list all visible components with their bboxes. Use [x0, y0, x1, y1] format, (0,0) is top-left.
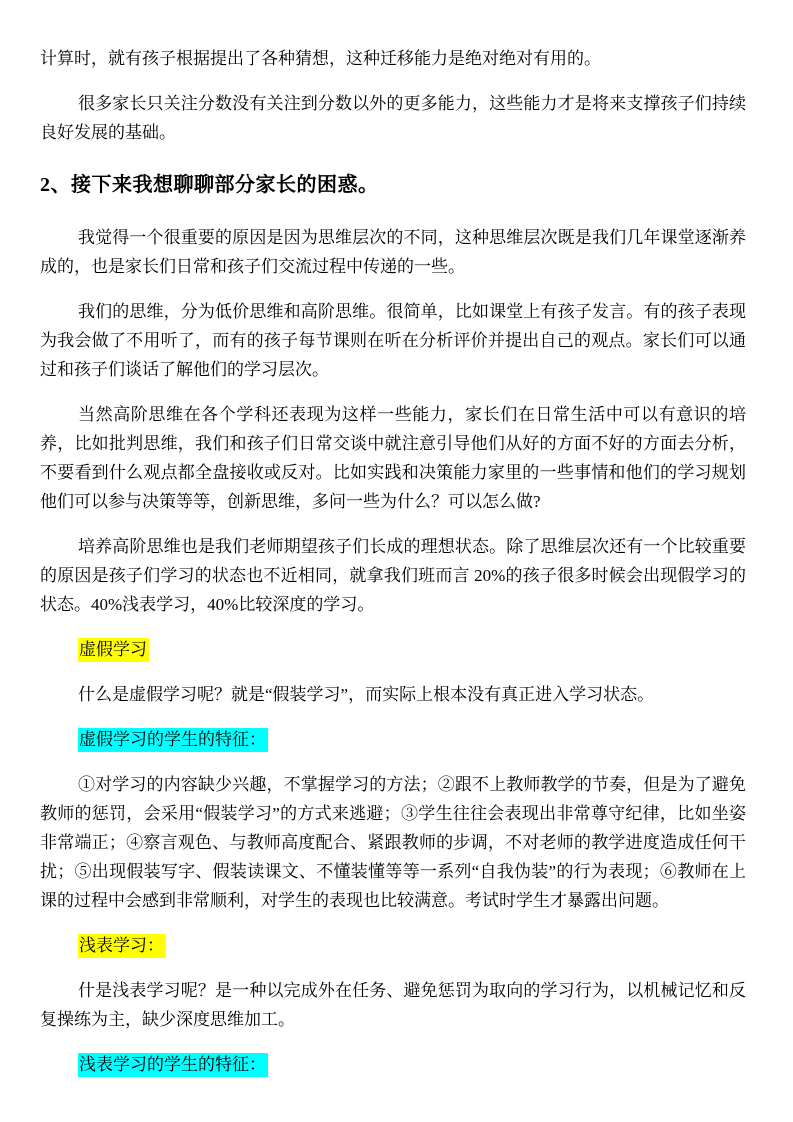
fake-learning-features-list-paragraph: ①对学习的内容缺少兴趣，不掌握学习的方法；②跟不上教师教学的节奏，但是为了避免教… [40, 770, 746, 915]
continuation-paragraph: 计算时，就有孩子根据提出了各种猜想，这种迁移能力是绝对绝对有用的。 [40, 44, 746, 73]
fake-learning-features-cyan-highlight: 虚假学习的学生的特征： [78, 728, 268, 752]
shallow-learning-yellow-highlight: 浅表学习： [78, 934, 166, 958]
higher-order-ability-paragraph: 当然高阶思维在各个学科还表现为这样一些能力，家长们在日常生活中可以有意识的培养，… [40, 400, 746, 516]
section-2-heading: 2、接下来我想聊聊部分家长的困惑。 [40, 169, 746, 201]
thinking-levels-paragraph: 我觉得一个很重要的原因是因为思维层次的不同，这种思维层次既是我们几年课堂逐渐养成… [40, 223, 746, 281]
document-page: 计算时，就有孩子根据提出了各种猜想，这种迁移能力是绝对绝对有用的。 很多家长只关… [0, 0, 793, 1122]
shallow-learning-label-paragraph: 浅表学习： [40, 931, 746, 960]
fake-learning-features-label-paragraph: 虚假学习的学生的特征： [40, 725, 746, 754]
parents-focus-paragraph: 很多家长只关注分数没有关注到分数以外的更多能力，这些能力才是将来支撑孩子们持续良… [40, 89, 746, 147]
fake-learning-definition-paragraph: 什么是虚假学习呢？就是“假装学习”，而实际上根本没有真正进入学习状态。 [40, 680, 746, 709]
fake-learning-yellow-highlight: 虚假学习 [78, 638, 149, 662]
shallow-learning-features-cyan-highlight: 浅表学习的学生的特征： [78, 1053, 268, 1077]
fake-learning-label-paragraph: 虚假学习 [40, 635, 746, 664]
low-high-thinking-paragraph: 我们的思维，分为低价思维和高阶思维。很简单，比如课堂上有孩子发言。有的孩子表现为… [40, 297, 746, 384]
shallow-learning-definition-paragraph: 什是浅表学习呢？是一种以完成外在任务、避免惩罚为取向的学习行为，以机械记忆和反复… [40, 976, 746, 1034]
shallow-learning-features-label-paragraph: 浅表学习的学生的特征： [40, 1050, 746, 1079]
ideal-state-paragraph: 培养高阶思维也是我们老师期望孩子们长成的理想状态。除了思维层次还有一个比较重要的… [40, 532, 746, 619]
